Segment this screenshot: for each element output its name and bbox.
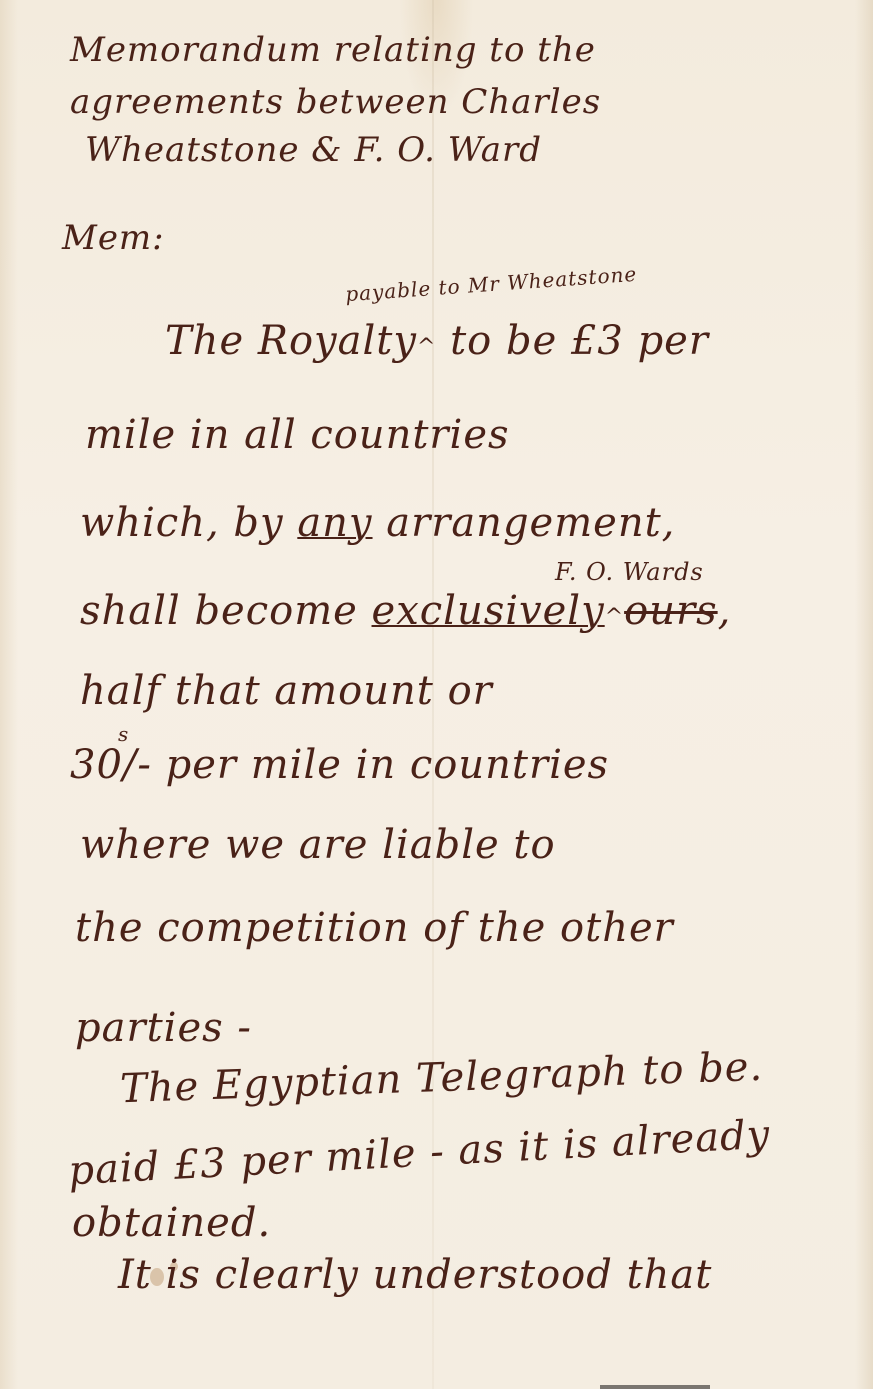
text-segment: arrangement, <box>373 500 676 546</box>
title-line-3: Wheatstone & F. O. Ward <box>85 130 542 170</box>
page-edge-shadow <box>600 1385 710 1389</box>
body-line-12: obtained. <box>72 1200 271 1246</box>
title-line-1: Memorandum relating to the <box>70 30 596 70</box>
title-line-2: agreements between Charles <box>70 82 601 122</box>
insertion-caret: ^ <box>417 335 436 360</box>
body-line-2: mile in all countries <box>85 412 510 458</box>
body-line-13: It is clearly understood that <box>118 1252 712 1298</box>
underlined-word: any <box>297 500 372 546</box>
body-line-6: 30/- per mile in countries <box>70 742 609 788</box>
text-segment: The Royalty <box>165 318 417 364</box>
insertion-fo-wards: F. O. Wards <box>555 558 704 586</box>
body-line-10: The Egyptian Telegraph to be. <box>119 1044 763 1112</box>
body-line-4: shall become exclusively^ours, <box>80 588 731 634</box>
body-line-3: which, by any arrangement, <box>80 500 675 546</box>
body-line-5: half that amount or <box>80 668 493 714</box>
body-line-7: where we are liable to <box>80 822 556 868</box>
body-line-9: parties - <box>75 1005 252 1051</box>
text-segment: to be £3 per <box>436 318 709 364</box>
insertion-payable: payable to Mr Wheatstone <box>345 262 638 306</box>
body-line-11: paid £3 per mile - as it is already <box>67 1112 771 1195</box>
body-line-8: the competition of the other <box>75 905 674 951</box>
salutation: Mem: <box>62 218 165 258</box>
struck-word: ours <box>624 588 718 634</box>
text-segment: shall become <box>80 588 372 634</box>
text-segment: which, by <box>80 500 297 546</box>
body-line-royalty: The Royalty^ to be £3 per <box>165 318 709 364</box>
insertion-caret: ^ <box>605 605 624 630</box>
manuscript-page: Memorandum relating to the agreements be… <box>0 0 873 1389</box>
text-segment: , <box>718 588 732 634</box>
underlined-word: exclusively <box>372 588 605 634</box>
